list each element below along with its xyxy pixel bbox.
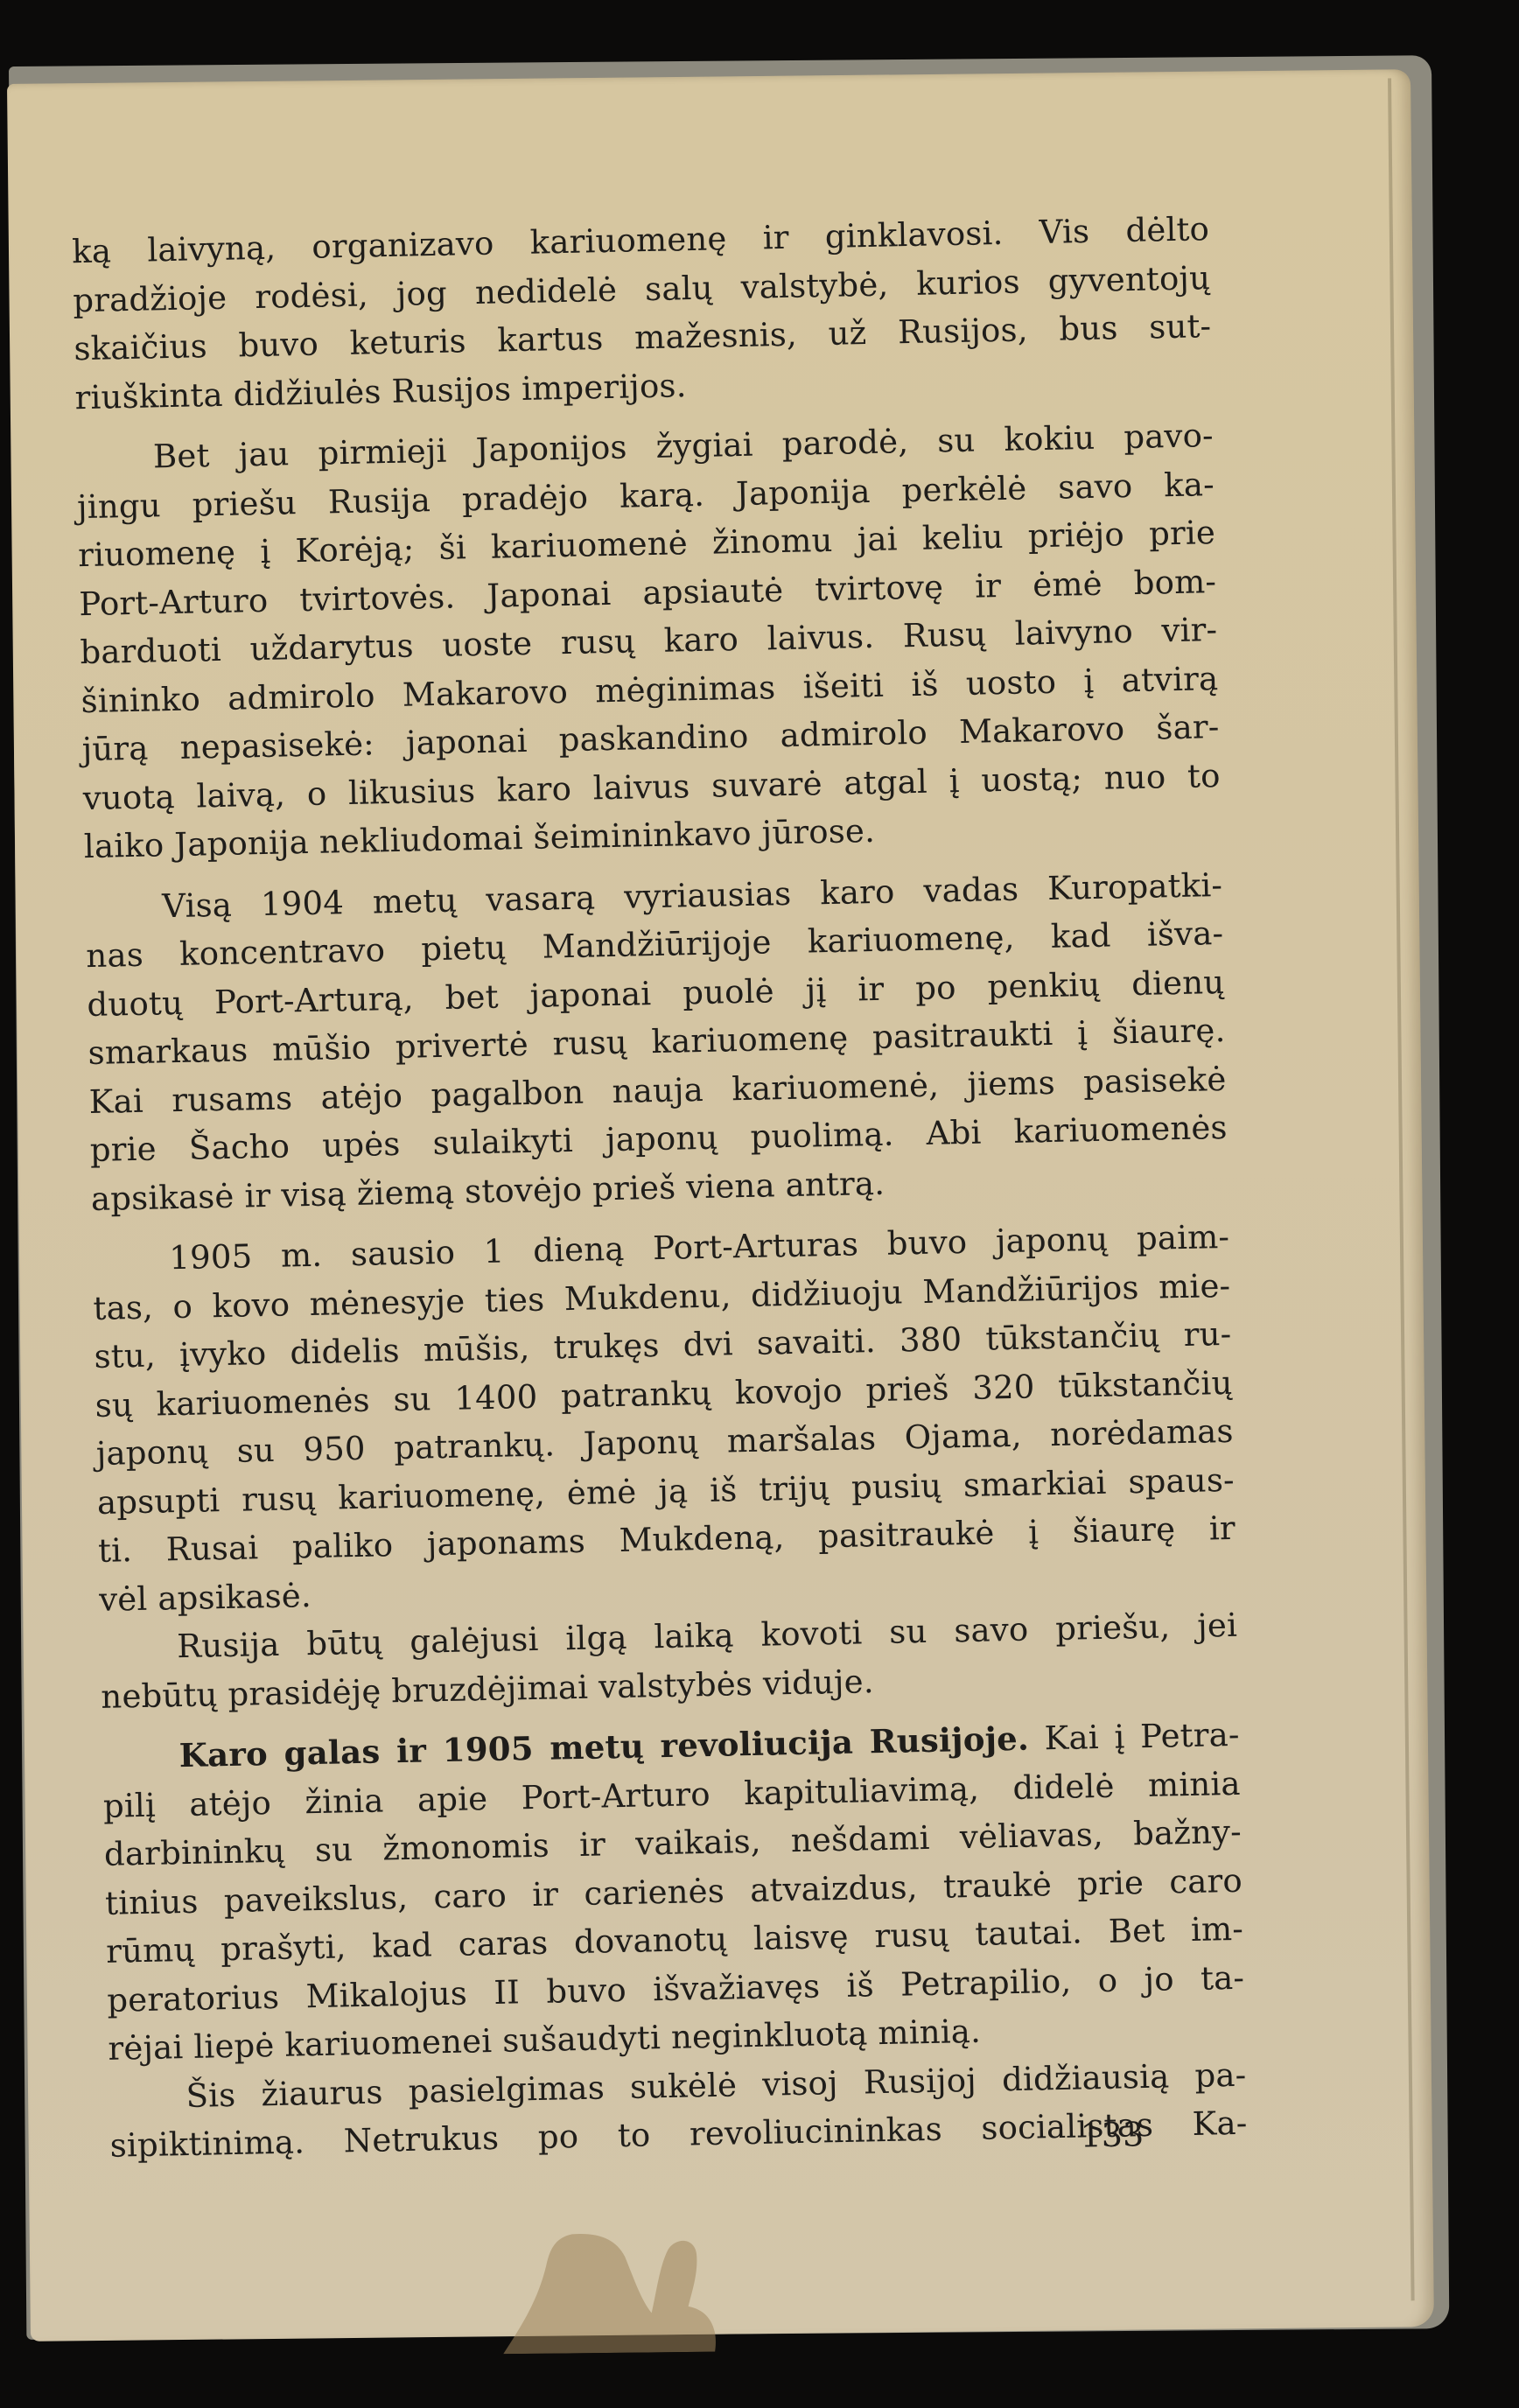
- paragraph-4: 1905 m. sausio 1 dieną Port-Arturas buvo…: [92, 1213, 1237, 1624]
- scan-background: ką laivyną, organizavo kariuomenę ir gin…: [0, 0, 1519, 2408]
- water-stain-icon: [485, 2229, 748, 2354]
- page-number: 133: [1080, 2115, 1144, 2154]
- paragraph-3: Visą 1904 metų vasarą vyriausias karo va…: [85, 860, 1229, 1223]
- paragraph-6: Karo galas ir 1905 metų revoliucija Rusi…: [101, 1711, 1246, 2074]
- body-text: ką laivyną, organizavo kariuomenę ir gin…: [72, 205, 1248, 2170]
- book-page: ką laivyną, organizavo kariuomenę ir gin…: [7, 69, 1434, 2341]
- paragraph-1: ką laivyną, organizavo kariuomenę ir gin…: [72, 205, 1213, 422]
- text-fragment: Kai į Petra-: [1029, 1716, 1240, 1758]
- paragraph-2: Bet jau pirmieji Japonijos žygiai parodė…: [75, 411, 1221, 871]
